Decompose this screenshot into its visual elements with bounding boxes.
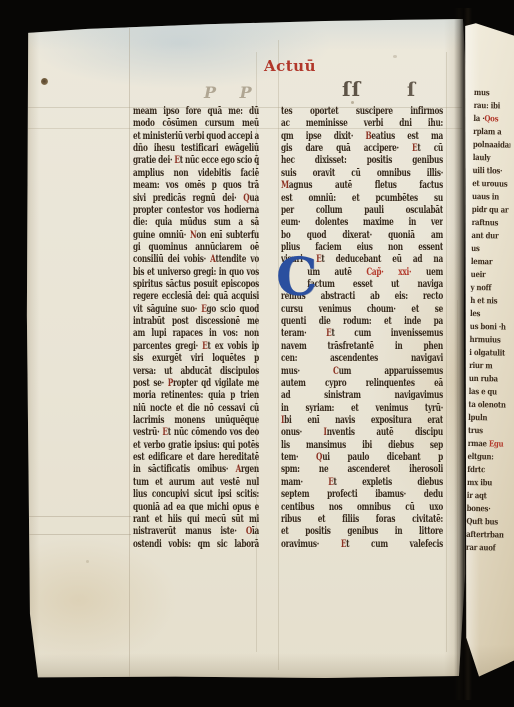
text-line: per collum pauli osculabāt <box>281 205 443 217</box>
text-line: tes oportet suscipere infirmos <box>281 106 443 118</box>
text-line: bo quod dixerat· quoniā am <box>281 230 443 242</box>
text-line: y noff agatus <box>470 281 508 295</box>
ruling-line-horizontal <box>28 516 131 517</box>
text-line: niū nocte et die nō cessavi cū <box>133 403 259 415</box>
text-line: sivi predicās regnū dei· Qua <box>133 193 259 205</box>
text-line: amplius non videbitis faciē <box>133 168 259 180</box>
text-line: et urouus a <box>472 177 510 191</box>
text-line: riur m mems <box>469 359 507 373</box>
text-line: gis dare quā accipere· Et cū <box>281 143 443 155</box>
ascender-flourish-right: ſ <box>407 79 415 101</box>
text-line: versa: ut abducāt discipulos <box>133 366 259 378</box>
text-line: moria retinentes: quia p trien <box>133 390 259 402</box>
manuscript-page: Actuū P P ſſ ſ meam ipso fore quā me: dū… <box>26 17 466 680</box>
text-line: tum et aurum aut vestē nul <box>133 477 259 489</box>
text-line: die: quia mūdus sum a sā <box>133 217 259 229</box>
text-line: quenti die rodum: et inde pa <box>281 316 443 328</box>
text-line: uili tlos· Ilta <box>472 164 510 178</box>
text-line: rplam a quo <box>473 125 511 139</box>
ascender-flourish-right: ſſ <box>342 77 361 101</box>
ruling-line-horizontal <box>28 534 131 535</box>
text-line: quoniā ad ea que michi opus e <box>133 502 259 514</box>
text-column-right: tes oportet suscipere infirmosac meminis… <box>281 106 443 551</box>
text-line: mus· Cum apparuissemus <box>281 366 443 378</box>
ruling-line-vertical <box>446 52 447 652</box>
text-line: vestrū· Et nūc cōmendo vos deo <box>133 427 259 439</box>
text-line: ribus et filiis foras civitatē: <box>281 514 443 526</box>
text-line: polnaaidam <box>473 138 511 152</box>
text-line: rmae Egu a <box>468 437 506 451</box>
text-line: tem· Qui paulo dicebant p <box>281 452 443 464</box>
text-line: vit sāguine suo· Ego scio quod <box>133 304 259 316</box>
photo-backdrop: Actuū P P ſſ ſ meam ipso fore quā me: dū… <box>0 0 514 707</box>
facing-page-text: mus uuuirmrau: ibi mumla ·Qos uerorplam … <box>466 86 512 555</box>
text-line: modo cōsūmen cursum meū <box>133 118 259 130</box>
text-line: et positis genibus in littore <box>281 526 443 538</box>
text-line: cen: ascendentes navigavi <box>281 353 443 365</box>
text-line: mus uuuirm <box>474 86 512 100</box>
running-title: Actuū <box>250 57 330 75</box>
text-line: lauly nealfm <box>473 151 511 165</box>
text-line: uaus in boni <box>472 190 510 204</box>
text-line: lis mansimus ibi diebus sep <box>281 440 443 452</box>
parchment-speck <box>393 55 397 58</box>
text-line: bis et universo gregi: in quo vos <box>133 267 259 279</box>
text-line: trus ftoms n <box>468 424 506 438</box>
text-line: pidr qu ar y <box>472 203 510 217</box>
text-line: Quft bus am <box>466 515 504 529</box>
text-line: onus· Inventis autē discipu <box>281 427 443 439</box>
wormhole-spot <box>41 78 48 85</box>
text-line: lacrimis monens unūquēque <box>133 415 259 427</box>
text-line: dño ihesu testificari ewāgeliū <box>133 143 259 155</box>
text-line: septem profecti ibamus· dedu <box>281 489 443 501</box>
text-line: et verbo gratie ipsius: qui potēs <box>133 440 259 452</box>
text-line: post se· Propter qd vigilate me <box>133 378 259 390</box>
text-line: consiliū dei vobis· Attendite vo <box>133 254 259 266</box>
text-line: ant dur quln <box>471 229 509 243</box>
text-line: sis exurgēt viri loquētes p <box>133 353 259 365</box>
text-line: guine omniū· Non enī subterfu <box>133 230 259 242</box>
text-line: rant et hiis qui mecū sūt mi <box>133 514 259 526</box>
text-line: eltgun: ftb ar <box>467 450 505 464</box>
text-line: autem cypro relinquentes eā <box>281 378 443 390</box>
text-line: ostendi vobis: qm sic laborā <box>133 539 259 551</box>
rubricated-capital: M <box>281 180 289 191</box>
text-line: fdrtc uamus <box>467 463 505 477</box>
text-line: ir aqt poftruo <box>467 489 505 503</box>
text-line: Magnus autē fletus factus <box>281 180 443 192</box>
text-column-left: meam ipso fore quā me: dūmodo cōsūmen cu… <box>133 106 259 551</box>
ascender-flourish-left: P P <box>204 83 261 102</box>
text-line: est edificare et dare hereditatē <box>133 452 259 464</box>
text-line: hec dixisset: positis genibus <box>281 155 443 167</box>
text-line: eum· dolentes maxime in ver <box>281 217 443 229</box>
text-line: lemar pqus a <box>471 255 509 269</box>
text-line: lius concupivi sicut ipsi scitis: <box>133 489 259 501</box>
text-line: et ministeriū verbi quod accepi a <box>133 131 259 143</box>
rubric-text: Egu <box>489 438 504 448</box>
text-line: nistraverūt manus iste· Oīa <box>133 526 259 538</box>
text-line: qm ipse dixit· Beatius est ma <box>281 131 443 143</box>
text-line: in sāctificatis omibus· Argen <box>133 464 259 476</box>
facing-page-edge: mus uuuirmrau: ibi mumla ·Qos uerorplam … <box>461 8 514 700</box>
text-line: ac meminisse verbi dni ihu: <box>281 118 443 130</box>
text-line: est omniū: et pcumbētes su <box>281 193 443 205</box>
text-line: i olgatulit m l <box>469 346 507 360</box>
text-line: intrabūt post discessionē me <box>133 316 259 328</box>
text-line: hrmuius eft <box>469 333 507 347</box>
text-line: gi quominus annūciarem oē <box>133 242 259 254</box>
illuminated-initial: C <box>276 257 317 299</box>
rubric-text: Cap̃· xxi· <box>366 267 411 278</box>
text-line: meam: vos omēs p quos trā <box>133 180 259 192</box>
text-line: suis oravit cū omnibus illis· <box>281 168 443 180</box>
text-line: un ruba ftemr <box>469 372 507 386</box>
ruling-line-vertical <box>278 40 279 670</box>
text-line: regere ecclesiā dei: quā acquisi <box>133 291 259 303</box>
text-line: centibus nos omnibus cū uxo <box>281 502 443 514</box>
rubric-text: Qos <box>484 113 498 123</box>
text-line: las e qu lam <box>469 385 507 399</box>
text-line: bones· Deil <box>467 502 505 516</box>
text-line: us plemus· <box>471 242 509 256</box>
text-line: am lupi rapaces in vos: non <box>133 328 259 340</box>
ruling-line-vertical <box>129 28 130 677</box>
text-line: rar auof tpu <box>466 541 504 555</box>
text-line: us boni ·h e tu <box>470 320 508 334</box>
text-line: spm: ne ascenderet iherosoli <box>281 464 443 476</box>
text-line: raftnus qul <box>472 216 510 230</box>
text-line: gratie dei· Et nūc ecce ego scio q̄ <box>133 155 259 167</box>
text-line: mx ibu ipu· G <box>467 476 505 490</box>
text-line: in syriam: et venimus tyrū· <box>281 403 443 415</box>
text-line: h et nis mlr· 3 <box>470 294 508 308</box>
text-line: propter contestor vos hodierna <box>133 205 259 217</box>
text-line: parcentes gregi· Et ex vobis ip <box>133 341 259 353</box>
text-line: mam· Et expletis diebus <box>281 477 443 489</box>
text-line: ueir quidatur <box>471 268 509 282</box>
text-line: ta olenotn dm <box>468 398 506 412</box>
text-line: spiritus sāctus posuit episcopos <box>133 279 259 291</box>
text-line: rau: ibi mum <box>474 99 512 113</box>
text-line: navem trāsfretantē in phen <box>281 341 443 353</box>
text-line: aftertrbamu <box>466 528 504 542</box>
text-line: teram· Et cum invenissemus <box>281 328 443 340</box>
parchment-speck <box>351 101 354 104</box>
text-line: ad sinistram navigavimus <box>281 390 443 402</box>
text-line: les aliqnus flu <box>470 307 508 321</box>
parchment-speck <box>86 560 89 563</box>
text-line: Ibi enī navis expositura erat <box>281 415 443 427</box>
text-line: lpuln uanlw <box>468 411 506 425</box>
text-line: la ·Qos uero <box>473 112 511 126</box>
text-line: meam ipso fore quā me: dū <box>133 106 259 118</box>
text-line: oravimus· Et cum valefecis <box>281 539 443 551</box>
